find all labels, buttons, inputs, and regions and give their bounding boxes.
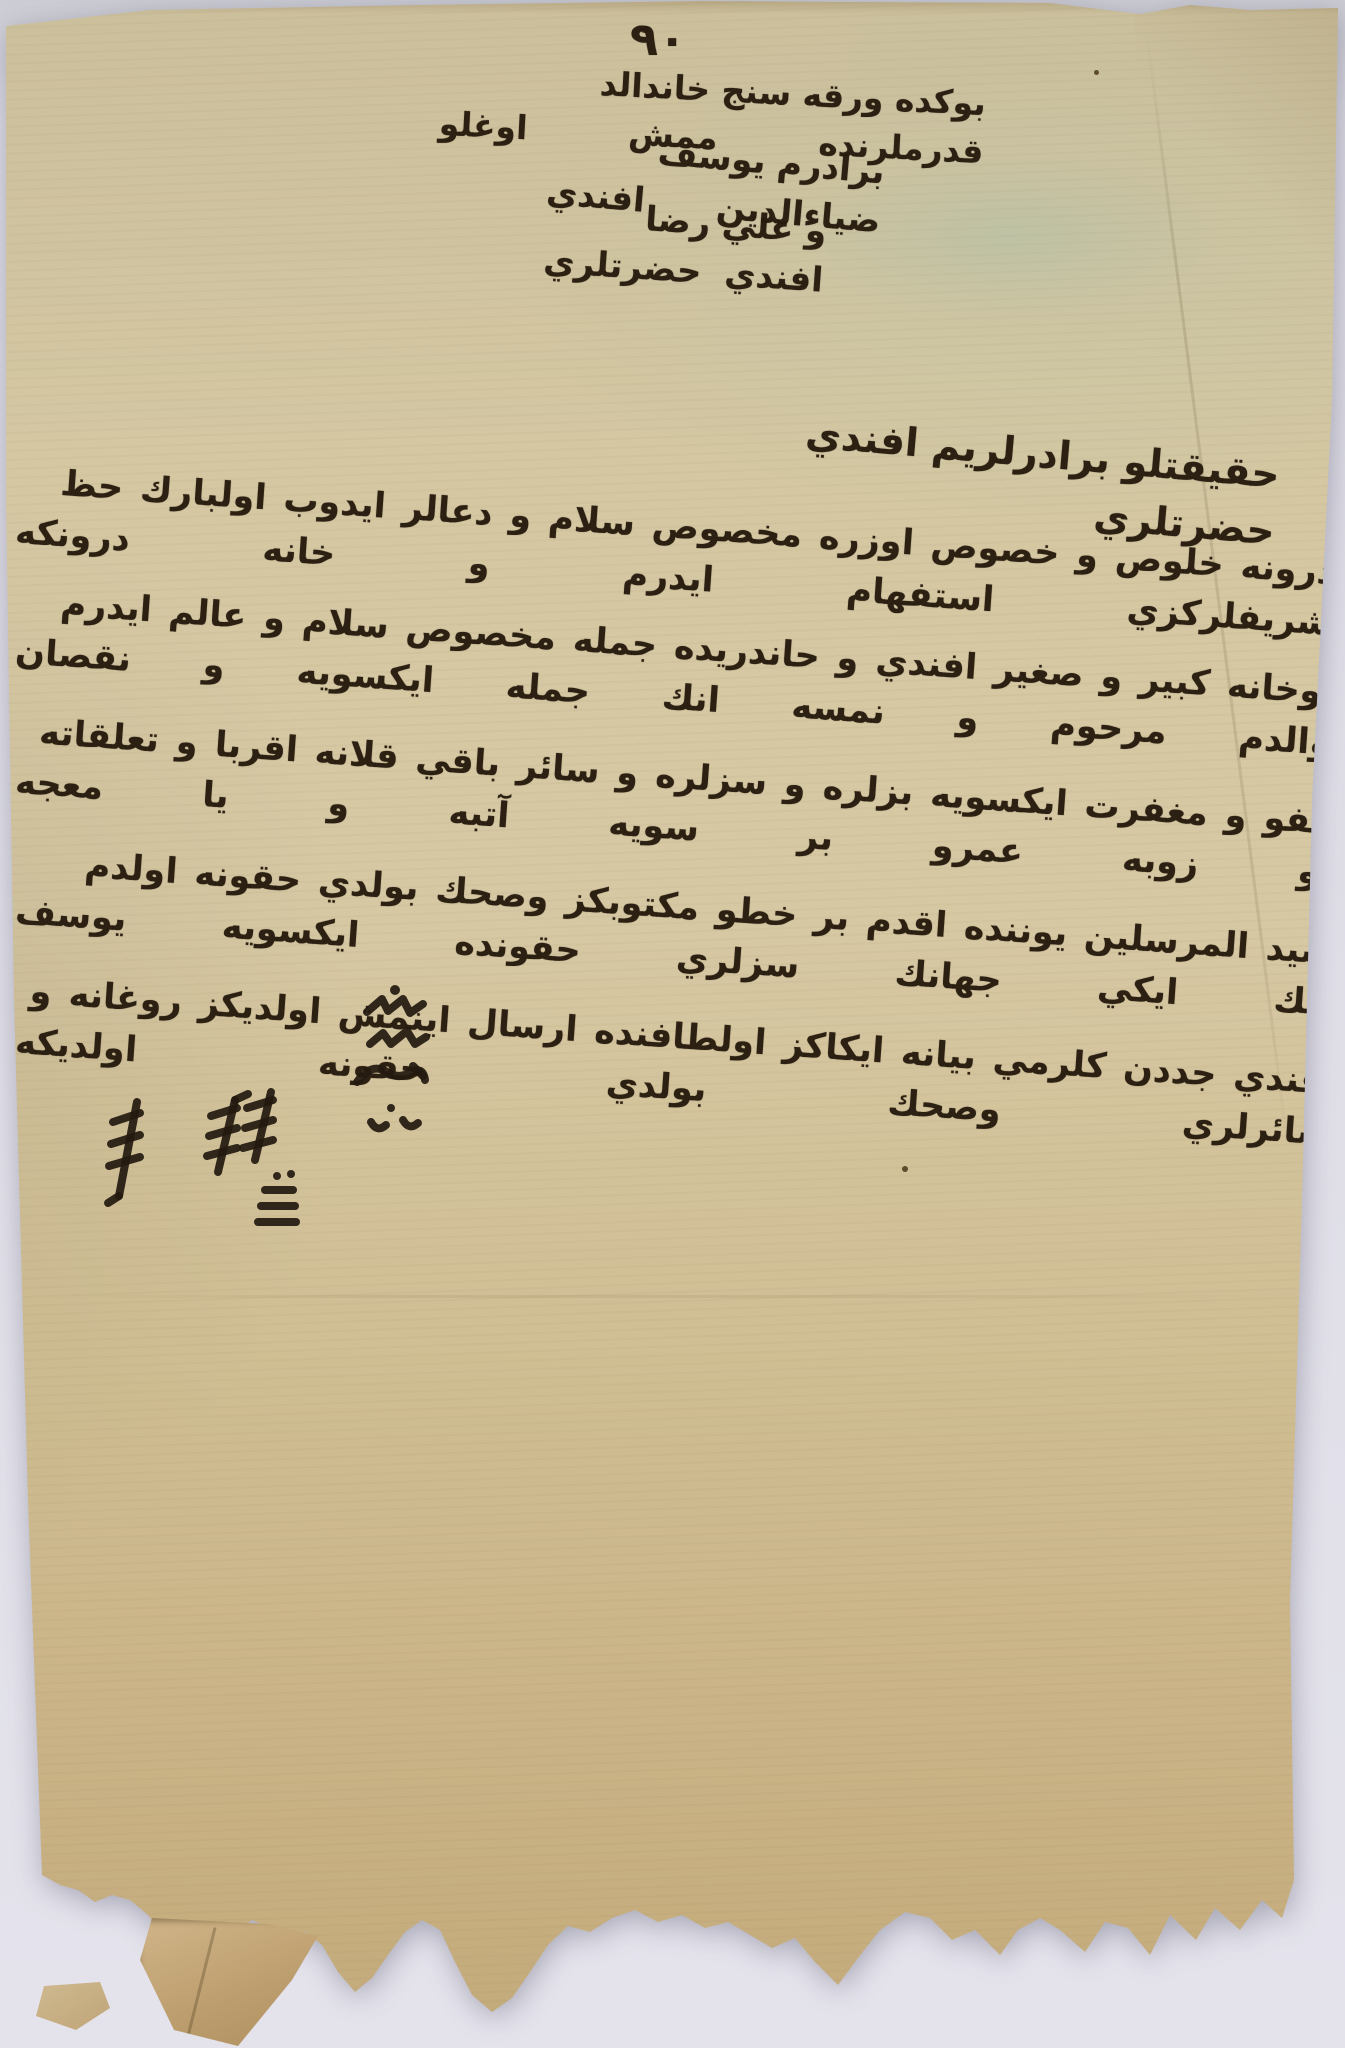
small-check-marks-icon (371, 1104, 418, 1128)
ink-tally-marks (95, 970, 455, 1250)
header-line-3: و علي رضا افندي حضرتلري (542, 188, 828, 306)
fishbone-tally-right-icon (243, 1092, 273, 1160)
ink-speck (1094, 70, 1099, 75)
horizontal-fold-line (30, 1295, 1290, 1298)
triple-dash-mark-icon (258, 1170, 296, 1222)
rotated-script-hook-icon (357, 1066, 425, 1082)
rotated-script-mark-upper-icon (367, 985, 426, 1044)
fishbone-tally-middle-icon (207, 1094, 248, 1172)
paper-wrap: ٩٠ بوكده ورقه سنج خاندالد قدرملرنده ممش … (0, 0, 1345, 2048)
photo-background: ٩٠ بوكده ورقه سنج خاندالد قدرملرنده ممش … (0, 0, 1345, 2048)
ink-speck (902, 1166, 908, 1172)
fishbone-tally-left-icon (108, 1102, 140, 1203)
manuscript-page: ٩٠ بوكده ورقه سنج خاندالد قدرملرنده ممش … (0, 0, 1345, 2048)
flap-crease-line (186, 1927, 216, 2036)
